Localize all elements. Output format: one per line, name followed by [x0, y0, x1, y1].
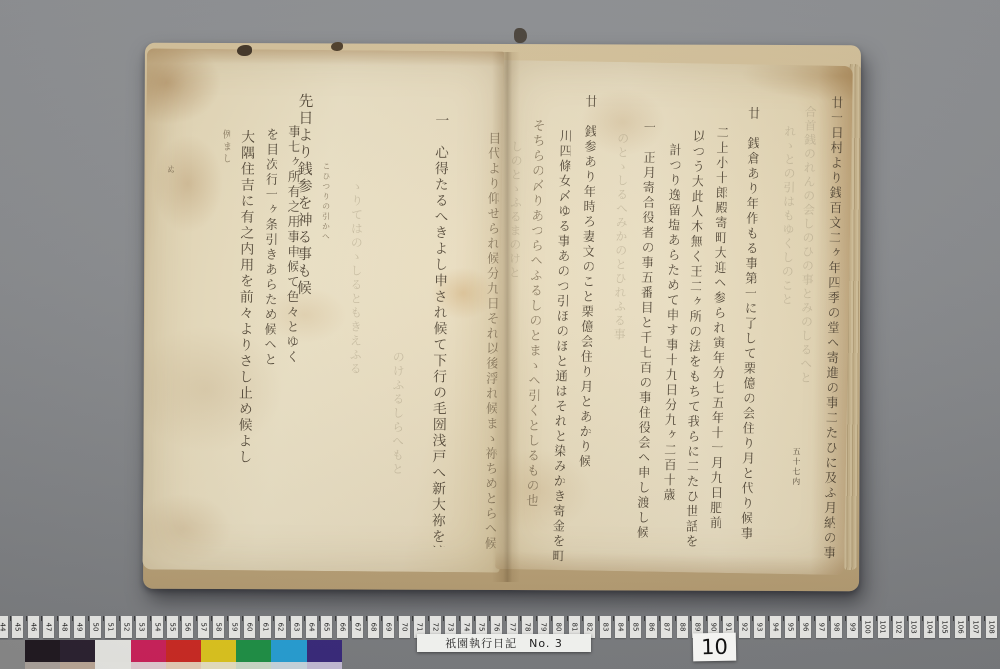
ruler-tick-tab: 105	[939, 616, 950, 638]
ruler-tick-tab: 57	[198, 616, 209, 638]
manuscript-column: を目次行一ヶ条引きあらため候へと	[262, 127, 278, 442]
ruler-tick-tab: 86	[646, 616, 657, 638]
ruler-tick-tab: 87	[661, 616, 672, 638]
ruler-tick-tab: 45	[12, 616, 23, 638]
ruler-tick-tab: 59	[229, 616, 240, 638]
ruler-tick-tab: 44	[0, 616, 8, 638]
color-patch	[60, 640, 95, 662]
ruler-tick-tab: 49	[74, 616, 85, 638]
ruler-tick-tab: 108	[986, 616, 997, 638]
paper-damage-spot	[237, 45, 252, 56]
ruler-tick-tab: 83	[600, 616, 611, 638]
color-patch	[95, 640, 130, 662]
ruler-tick-tab: 64	[306, 616, 317, 638]
ruler-tick-tab: 85	[630, 616, 641, 638]
ruler-tick-tab: 58	[213, 616, 224, 638]
ruler-tick-tab: 62	[275, 616, 286, 638]
color-calibration-bar	[0, 640, 342, 669]
ruler-tick-tab: 84	[615, 616, 626, 638]
manuscript-column: 廿 銭参あり年時ろ妻文のこと栗億会住り月とあかり候	[575, 94, 596, 556]
manuscript-column: 廿一日村より銭百文二ヶ年四季の堂へ寄進の事二たひに及ふ月納の事	[821, 96, 842, 568]
manuscript-column: 二上小十郎殿寄町大迎へ参られ寅年分七五年十一月九日肥前の権現寺	[708, 126, 728, 530]
manuscript-column: ぬ	[165, 165, 174, 187]
ruler-tick-tab: 96	[800, 616, 811, 638]
manuscript-column: 廿 銭倉あり年作もる事第一に了して栗億の会住り月と代り候事	[738, 106, 759, 575]
color-patch	[307, 640, 342, 662]
ruler-tick-tab: 98	[831, 616, 842, 638]
caption-label: 祇園執行日記 No. 3	[445, 635, 563, 651]
manuscript-column: れゝとの引はもゆくしのこと	[777, 125, 796, 525]
ruler-tick-tab: 68	[368, 616, 379, 638]
ruler-tick-tab: 92	[739, 616, 750, 638]
ruler-tick-tab: 97	[816, 616, 827, 638]
color-patch	[201, 640, 236, 662]
manuscript-column: しのとゝふるまのけと	[504, 140, 523, 520]
ruler-tick-tab: 46	[28, 616, 39, 638]
color-patch	[131, 640, 166, 662]
manuscript-photo: 先日より銭参を神る事も候こひつりの引かへ事七ヶ所有之用事申候て色々とゆくを目次行…	[0, 0, 1000, 669]
color-patch	[131, 662, 166, 669]
ruler-tick-tab: 103	[909, 616, 920, 638]
ruler-tick-tab: 65	[321, 616, 332, 638]
caption-plate: 祇園執行日記 No. 3	[417, 634, 591, 652]
manuscript-column: 例まし	[220, 129, 231, 201]
ruler-tick-tab: 47	[43, 616, 54, 638]
paper-damage-spot	[514, 28, 527, 43]
color-patch	[166, 640, 201, 662]
manuscript-column: 先日より銭参を神る事も候	[296, 93, 313, 308]
manuscript-column: 五十七内	[791, 447, 800, 505]
color-patch	[236, 640, 271, 662]
manuscript-right-page: 廿一日村より銭百文二ヶ年四季の堂へ寄進の事二たひに及ふ月納の事合首銭のれんの会し…	[495, 60, 853, 575]
ruler-tick-tab: 60	[244, 616, 255, 638]
color-patch	[25, 662, 60, 669]
colorbar-row-pale	[0, 662, 342, 669]
color-patch	[60, 662, 95, 669]
manuscript-column: 計つり逸留塩あらためて申す事十九日分九ヶ二百十歳	[661, 143, 681, 535]
ruler-tick-tab: 53	[136, 616, 147, 638]
manuscript-column: 大隅住吉に有之内用を前々よりさし止め候よし	[237, 129, 254, 527]
color-patch	[0, 640, 25, 662]
ruler-tick-tab: 67	[352, 616, 363, 638]
color-patch	[201, 662, 236, 669]
page-number-card: 10	[693, 633, 736, 662]
ruler-tick-tab: 66	[337, 616, 348, 638]
manuscript-column: ゝりてはのゝしるともきえふる	[349, 180, 363, 430]
paper-damage-spot	[331, 42, 343, 51]
color-patch	[25, 640, 60, 662]
color-patch	[95, 662, 130, 669]
manuscript-column: 一 心得たるへきよし申され候て下行の毛圀浅戸へ新大祢を渡し候事 花仁仗六	[431, 113, 449, 547]
ruler-tick-tab: 99	[847, 616, 858, 638]
manuscript-column: 一 正月寄合役者の事五番目と千七百の事住役会へ申し渡し候 仕杦六	[634, 120, 655, 552]
manuscript-column: のけふるしらへもと	[391, 351, 405, 531]
manuscript-column: こひつりの引かへ	[321, 162, 330, 248]
ruler-tick-tab: 50	[90, 616, 101, 638]
ruler-tick-tab: 88	[677, 616, 688, 638]
colorbar-row-saturated	[0, 640, 342, 662]
ruler-tick-tab: 54	[152, 616, 163, 638]
manuscript-column: 川四條女〆ゆる事あのつ引ほのほと通はそれと染みかき寄金を町へ渡し候	[550, 129, 571, 561]
ruler-tick-tab: 106	[955, 616, 966, 638]
ruler-tick-tab: 63	[291, 616, 302, 638]
color-patch	[307, 662, 342, 669]
manuscript-left-page: 先日より銭参を神る事も候こひつりの引かへ事七ヶ所有之用事申候て色々とゆくを目次行…	[142, 48, 504, 572]
ruler-tick-tab: 61	[260, 616, 271, 638]
ruler-tick-tab: 94	[770, 616, 781, 638]
manuscript-column: のとゝしるへみかのとひれふる事	[610, 132, 629, 512]
manuscript-column: 事七ヶ所有之用事申候て色々とゆく	[284, 125, 300, 450]
ruler-tick-tab: 93	[754, 616, 765, 638]
ruler-tick-tab: 104	[924, 616, 935, 638]
color-patch	[166, 662, 201, 669]
ruler-tick-tab: 69	[383, 616, 394, 638]
ruler-tick-tab: 107	[970, 616, 981, 638]
color-patch	[271, 662, 306, 669]
manuscript-column: そちらの〆りあつらへふるしのとまゝへ引くとしるもの也	[523, 118, 544, 558]
ruler-tick-tab: 55	[167, 616, 178, 638]
ruler-tick-tab: 95	[785, 616, 796, 638]
color-patch	[271, 640, 306, 662]
ruler-tick-tab: 52	[121, 616, 132, 638]
manuscript-column: 合首銭のれんの会しのひの事とみのしるへと	[797, 105, 817, 545]
ruler-tick-tab: 102	[893, 616, 904, 638]
ruler-tick-tab: 51	[105, 616, 116, 638]
color-patch	[236, 662, 271, 669]
ruler-tick-tab: 101	[878, 616, 889, 638]
ruler-tick-tab: 48	[59, 616, 70, 638]
manuscript-column: 以つう大此人木無く王二ヶ所の法をもちて我らに二たひ世話を頼み候	[683, 129, 703, 549]
ruler-tick-tab: 100	[862, 616, 873, 638]
page-number: 10	[701, 635, 728, 659]
ruler-tick-tab: 70	[399, 616, 410, 638]
color-patch	[0, 662, 25, 669]
ruler-tick-tab: 56	[182, 616, 193, 638]
